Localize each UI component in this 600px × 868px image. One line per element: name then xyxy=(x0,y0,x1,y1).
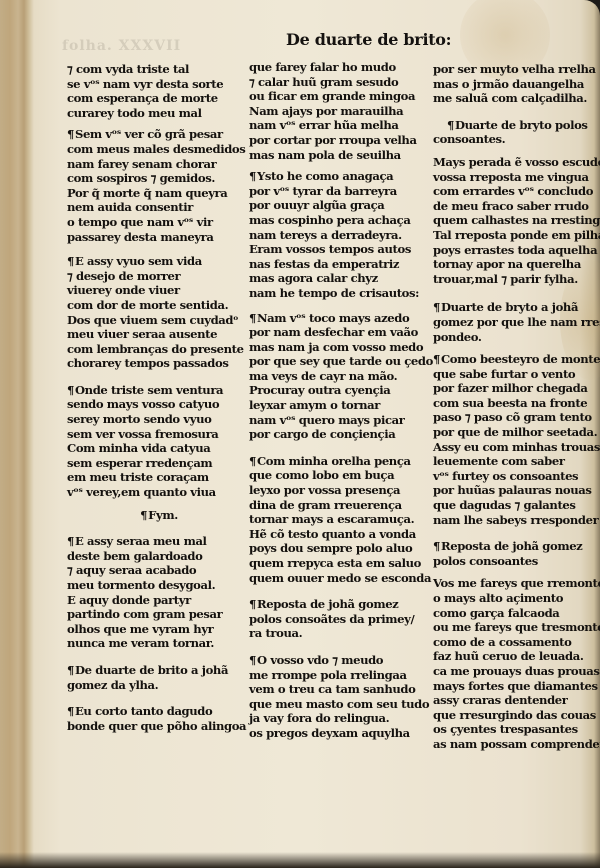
verse-line: mas cospinho pera achaça xyxy=(249,213,431,228)
verse-line: ja vay fora do relingua. xyxy=(249,711,431,726)
verse-line: por huũas palauras nouas xyxy=(433,483,600,498)
verse-line: me saluã com calçadilha. xyxy=(433,91,600,106)
verse-line: as nam possam comprender xyxy=(433,737,600,752)
verse-line: ma veys de cayr na mão. xyxy=(249,369,431,384)
verse-line: com sospiros ⁊ gemidos. xyxy=(67,171,247,186)
verse-line: polos consoantes xyxy=(433,554,600,569)
pilcrow-icon: ¶ xyxy=(67,254,74,268)
verse-line: por que de milhor seetada. xyxy=(433,425,600,440)
verse-line: ou me fareys que tresmonte xyxy=(433,620,600,635)
pilcrow-icon: ¶ xyxy=(140,508,147,522)
verse-line: meu viuer seraa ausente xyxy=(67,327,247,342)
verse-line: que sabe furtar o vento xyxy=(433,367,600,382)
stanza: Vos me fareys que rremonte o mays alto a… xyxy=(433,576,600,751)
stanza: ¶Eu corto tanto dagudo bonde quer que põ… xyxy=(67,704,247,733)
verse-line: sem ver vossa fremosura xyxy=(67,427,247,442)
verse-line: leuemente com saber xyxy=(433,454,600,469)
verse-line: nas festas da emperatriz xyxy=(249,257,431,272)
pilcrow-icon: ¶ xyxy=(433,300,440,314)
book-page: folha. XXXVII De duarte de brito: ⁊ com … xyxy=(0,0,600,868)
verse-line: ¶E assy vyuo sem vida xyxy=(67,254,247,269)
verse-line: Por q̃ morte q̃ nam queyra xyxy=(67,186,247,201)
text-column-2: que farey falar ho mudo ⁊ calar huũ gram… xyxy=(249,60,431,748)
running-header: De duarte de brito: xyxy=(286,30,451,49)
rubric-heading: ¶Duarte de bryto a johã gomez por que lh… xyxy=(433,300,600,344)
verse-line: ¶E assy seraa meu mal xyxy=(67,534,247,549)
verse-line: por vᵒˢ tyrar da barreyra xyxy=(249,184,431,199)
verse-line: nam farey senam chorar xyxy=(67,157,247,172)
verse-line: Hẽ cõ testo quanto a vonda xyxy=(249,527,431,542)
verse-line: como de a cossamento xyxy=(433,635,600,650)
verse-line: o mays alto açimento xyxy=(433,591,600,606)
verse-line: passarey desta maneyra xyxy=(67,230,247,245)
verse-line: ¶Nam vᵒˢ toco mays azedo xyxy=(249,311,431,326)
rubric-heading: ¶De duarte de brito a johã gomez da ylha… xyxy=(67,663,247,692)
verse-line: Assy eu com minhas trouas xyxy=(433,440,600,455)
pilcrow-icon: ¶ xyxy=(447,118,454,132)
verse-line: os çyentes trespasantes xyxy=(433,722,600,737)
verse-line: Eram vossos tempos autos xyxy=(249,242,431,257)
rubric-heading: ¶Reposta de johã gomez polos consoantes xyxy=(433,539,600,568)
verse-line: poys dou sempre polo aluo xyxy=(249,541,431,556)
verse-line: que farey falar ho mudo xyxy=(249,60,431,75)
verse-line: ⁊ calar huũ gram sesudo xyxy=(249,75,431,90)
verse-line: vᵒˢ furtey os consoantes xyxy=(433,469,600,484)
verse-line: o tempo que nam vᵒˢ vir xyxy=(67,215,247,230)
verse-line: nam he tempo de crisautos: xyxy=(249,286,431,301)
verse-line: ⁊ aquy seraa acabado xyxy=(67,563,247,578)
text-column-1: ⁊ com vyda triste tal se vᵒˢ nam vyr des… xyxy=(67,62,247,740)
verse-line: de meu fraco saber rrudo xyxy=(433,199,600,214)
verse-line: por que sey que tarde ou çedo xyxy=(249,354,431,369)
pilcrow-icon: ¶ xyxy=(67,663,74,677)
verse-line: serey morto sendo vyuo xyxy=(67,412,247,427)
verse-line: sendo mays vosso catyuo xyxy=(67,397,247,412)
bleed-through-header: folha. XXXVII xyxy=(62,38,181,54)
verse-line: bonde quer que põho alingoa xyxy=(67,719,247,734)
rubric-heading: ¶Reposta de johã gomez polos consoãtes d… xyxy=(249,597,431,641)
verse-line: nam vᵒˢ errar hũa melha xyxy=(249,118,431,133)
verse-line: meu tormento desygoal. xyxy=(67,578,247,593)
stanza: ¶Ysto he como anagaça por vᵒˢ tyrar da b… xyxy=(249,169,431,300)
verse-line: com sua beesta na fronte xyxy=(433,396,600,411)
verse-line: gomez por que lhe nam rres/ xyxy=(433,315,600,330)
verse-line: ra troua. xyxy=(249,626,431,641)
verse-line: ca me prouays duas prouas xyxy=(433,664,600,679)
verse-line: nunca me veram tornar. xyxy=(67,636,247,651)
verse-line: nam lhe sabeys rresponder xyxy=(433,513,600,528)
verse-line: trouar,mal ⁊ parir fylha. xyxy=(433,272,600,287)
verse-line: poys errastes toda aquelha xyxy=(433,243,600,258)
verse-line: com lembranças do presente xyxy=(67,342,247,357)
stanza: ¶Com minha orelha pença que como lobo em… xyxy=(249,454,431,585)
verse-line: que dagudas ⁊ galantes xyxy=(433,498,600,513)
verse-line: ⁊ desejo de morrer xyxy=(67,269,247,284)
stanza: ¶E assy vyuo sem vida ⁊ desejo de morrer… xyxy=(67,254,247,371)
stanza: que farey falar ho mudo ⁊ calar huũ gram… xyxy=(249,60,431,162)
verse-line: vem o treu ca tam sanhudo xyxy=(249,682,431,697)
text-column-3: por ser muyto velha rrelha mas o jrmão d… xyxy=(433,62,600,759)
stanza: Mays perada ẽ vosso escudo vossa rrepost… xyxy=(433,155,600,286)
verse-line: ¶Ysto he como anagaça xyxy=(249,169,431,184)
verse-line: ⁊ com vyda triste tal xyxy=(67,62,247,77)
verse-line: deste bem galardoado xyxy=(67,549,247,564)
pilcrow-icon: ¶ xyxy=(67,127,74,141)
verse-line: como garça falcaoda xyxy=(433,606,600,621)
pilcrow-icon: ¶ xyxy=(249,311,256,325)
verse-line: partindo com gram pesar xyxy=(67,607,247,622)
verse-line: vᵒˢ verey,em quanto viua xyxy=(67,485,247,500)
pilcrow-icon: ¶ xyxy=(433,352,440,366)
verse-line: Dos que viuem sem cuydadᵒ xyxy=(67,313,247,328)
pilcrow-icon: ¶ xyxy=(249,169,256,183)
verse-line: nam tereys a derradeyra. xyxy=(249,228,431,243)
verse-line: se vᵒˢ nam vyr desta sorte xyxy=(67,77,247,92)
verse-line: que rresurgindo das couas xyxy=(433,708,600,723)
verse-line: dina de gram rreuerença xyxy=(249,498,431,513)
pilcrow-icon: ¶ xyxy=(67,383,74,397)
stanza: ¶O vosso vdo ⁊ meudo me rrompe pola rrel… xyxy=(249,653,431,741)
pilcrow-icon: ¶ xyxy=(67,534,74,548)
verse-line: quem calhastes na rrestingua xyxy=(433,213,600,228)
verse-line: mas o jrmão dauangelha xyxy=(433,77,600,92)
verse-line: ¶Eu corto tanto dagudo xyxy=(67,704,247,719)
pilcrow-icon: ¶ xyxy=(249,653,256,667)
verse-line: gomez da ylha. xyxy=(67,678,247,693)
verse-line: viuerey onde viuer xyxy=(67,283,247,298)
verse-line: leyxo por vossa presença xyxy=(249,483,431,498)
verse-line: leyxar amym o tornar xyxy=(249,398,431,413)
verse-line: tornay apor na querelha xyxy=(433,257,600,272)
stanza: ⁊ com vyda triste tal se vᵒˢ nam vyr des… xyxy=(67,62,247,120)
verse-line: Com minha vida catyua xyxy=(67,441,247,456)
stanza: por ser muyto velha rrelha mas o jrmão d… xyxy=(433,62,600,106)
stanza: ¶Onde triste sem ventura sendo mays voss… xyxy=(67,383,247,500)
verse-line: ¶Como beesteyro de monte xyxy=(433,352,600,367)
verse-line: E aquy donde partyr xyxy=(67,593,247,608)
verse-line: por ser muyto velha rrelha xyxy=(433,62,600,77)
verse-line: olhos que me vyram hyr xyxy=(67,622,247,637)
verse-line: me rrompe pola rrelingaa xyxy=(249,668,431,683)
verse-line: ¶Onde triste sem ventura xyxy=(67,383,247,398)
verse-line: consoantes. xyxy=(433,132,600,147)
verse-line: por nam desfechar em vaão xyxy=(249,325,431,340)
verse-line: Tal rreposta ponde em pilha xyxy=(433,228,600,243)
verse-line: os pregos deyxam aquylha xyxy=(249,726,431,741)
verse-line: polos consoãtes da primey/ xyxy=(249,612,431,627)
verse-line: com meus males desmedidos xyxy=(67,142,247,157)
verse-line: Procuray outra cyençia xyxy=(249,383,431,398)
verse-line: por ouuyr algũa graça xyxy=(249,198,431,213)
verse-line: quem rrepyca esta em saluo xyxy=(249,556,431,571)
verse-line: por fazer milhor chegada xyxy=(433,381,600,396)
verse-line: mas nam pola de seuilha xyxy=(249,148,431,163)
verse-line: com dor de morte sentida. xyxy=(67,298,247,313)
verse-line: assy craras dentender xyxy=(433,693,600,708)
verse-line: tornar mays a escaramuça. xyxy=(249,512,431,527)
verse-line: que meu masto com seu tudo xyxy=(249,697,431,712)
verse-line: ¶O vosso vdo ⁊ meudo xyxy=(249,653,431,668)
verse-line: ¶Com minha orelha pença xyxy=(249,454,431,469)
verse-line: com errardes vᵒˢ concludo xyxy=(433,184,600,199)
pilcrow-icon: ¶ xyxy=(67,704,74,718)
verse-line: nam vᵒˢ quero mays picar xyxy=(249,413,431,428)
verse-line: Nam ajays por marauilha xyxy=(249,104,431,119)
verse-line: pondeo. xyxy=(433,330,600,345)
verse-line: paso ⁊ paso cõ gram tento xyxy=(433,410,600,425)
stanza: ¶E assy seraa meu mal deste bem galardoa… xyxy=(67,534,247,651)
verse-line: nem auida consentir xyxy=(67,200,247,215)
pilcrow-icon: ¶ xyxy=(249,597,256,611)
verse-line: mas nam ja com vosso medo xyxy=(249,340,431,355)
pilcrow-icon: ¶ xyxy=(433,539,440,553)
verse-line: em meu triste coraçam xyxy=(67,470,247,485)
verse-line: mas agora calar chyz xyxy=(249,271,431,286)
stanza: ¶Como beesteyro de monte que sabe furtar… xyxy=(433,352,600,527)
verse-line: mays fortes que diamantes xyxy=(433,679,600,694)
rubric-heading: ¶Duarte de bryto polos consoantes. xyxy=(433,118,600,147)
verse-line: Mays perada ẽ vosso escudo xyxy=(433,155,600,170)
verse-line: quem ouuer medo se esconda xyxy=(249,571,431,586)
verse-line: chorarey tempos passados xyxy=(67,356,247,371)
section-end-fym: ¶Fym. xyxy=(67,508,247,523)
verse-line: curarey todo meu mal xyxy=(67,106,247,121)
verse-line: Vos me fareys que rremonte xyxy=(433,576,600,591)
verse-line: ou ficar em grande mingoa xyxy=(249,89,431,104)
verse-line: vossa rreposta me vingua xyxy=(433,170,600,185)
verse-line: por cargo de conçiençia xyxy=(249,427,431,442)
stanza: ¶Sem vᵒˢ ver cõ grã pesar com meus males… xyxy=(67,127,247,244)
verse-line: sem esperar rredençam xyxy=(67,456,247,471)
verse-line: faz huũ ceruo de leuada. xyxy=(433,649,600,664)
pilcrow-icon: ¶ xyxy=(249,454,256,468)
verse-line: por cortar por rroupa velha xyxy=(249,133,431,148)
verse-line: ¶Sem vᵒˢ ver cõ grã pesar xyxy=(67,127,247,142)
stanza: ¶Nam vᵒˢ toco mays azedo por nam desfech… xyxy=(249,311,431,442)
verse-line: com esperança de morte xyxy=(67,91,247,106)
verse-line: que como lobo em buça xyxy=(249,468,431,483)
